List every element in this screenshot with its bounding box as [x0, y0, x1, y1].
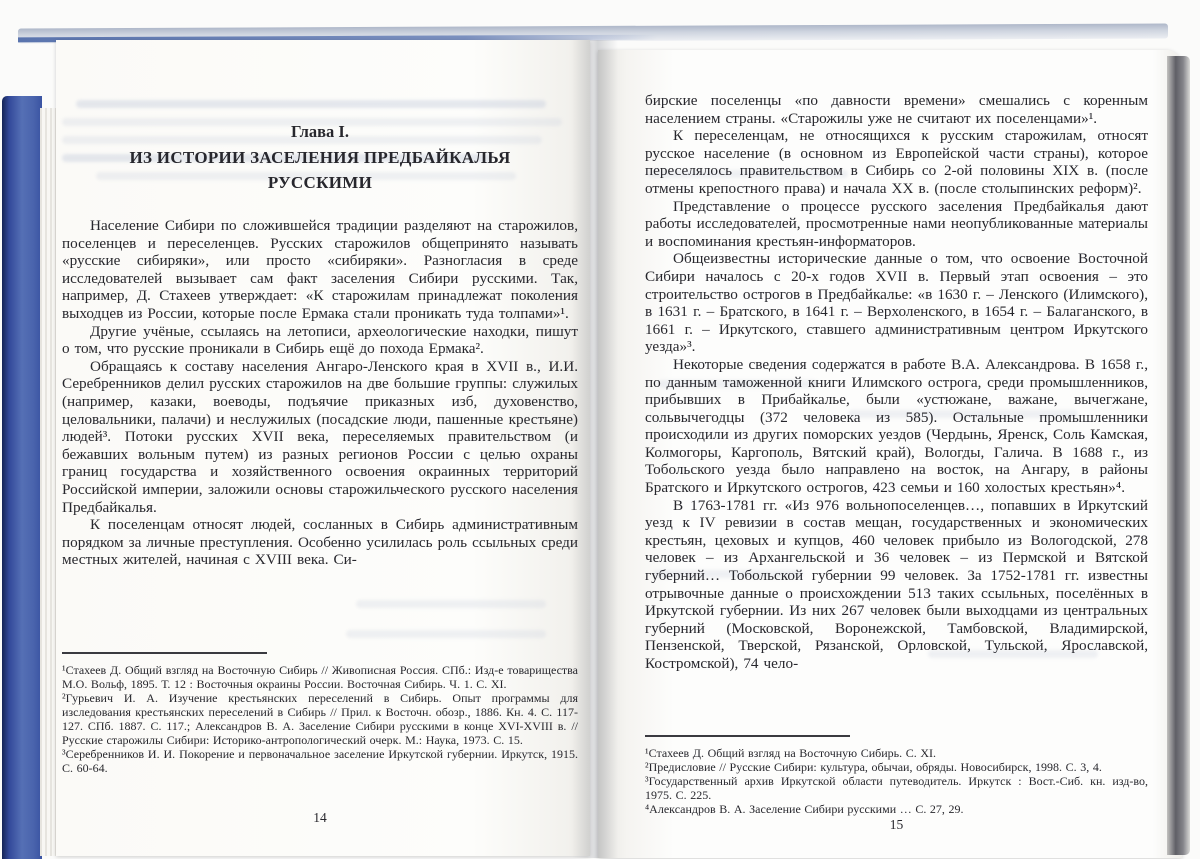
footnote: ²Предисловие // Русские Сибири: культура… [645, 760, 1148, 774]
footnote: ¹Стахеев Д. Общий взгляд на Восточную Си… [62, 663, 578, 691]
right-page-footnotes: ¹Стахеев Д. Общий взгляд на Восточную Си… [645, 735, 1148, 816]
footnote-rule [62, 652, 267, 654]
book-scan-photo: Глава I. ИЗ ИСТОРИИ ЗАСЕЛЕНИЯ ПРЕДБАЙКАЛ… [0, 0, 1200, 859]
footnote: ⁴Александров В. А. Заселение Сибири русс… [645, 802, 1148, 816]
footnote: ¹Стахеев Д. Общий взгляд на Восточную Си… [645, 746, 1148, 760]
body-paragraph: Обращаясь к составу населения Ангаро-Лен… [62, 358, 578, 516]
page-number: 14 [62, 810, 578, 826]
body-paragraph: К поселенцам относят людей, сосланных в … [62, 516, 578, 569]
footnote-rule [645, 735, 850, 737]
left-page: Глава I. ИЗ ИСТОРИИ ЗАСЕЛЕНИЯ ПРЕДБАЙКАЛ… [56, 40, 590, 856]
showthrough-artifact [76, 100, 546, 108]
body-paragraph: бирские поселенцы «по давности времени» … [645, 92, 1148, 127]
footnote: ³Государственный архив Иркутской области… [645, 774, 1148, 802]
right-page: бирские поселенцы «по давности времени» … [598, 50, 1182, 858]
chapter-title: ИЗ ИСТОРИИ ЗАСЕЛЕНИЯ ПРЕДБАЙКАЛЬЯ РУССКИ… [62, 145, 578, 195]
page-block-right-edge [1167, 56, 1190, 855]
body-paragraph: Представление о процессе русского заселе… [645, 198, 1148, 251]
body-paragraph: В 1763-1781 гг. «Из 976 вольнопоселенцев… [645, 497, 1148, 673]
body-paragraph: Некоторые сведения содержатся в работе В… [645, 356, 1148, 497]
body-paragraph: Общеизвестны исторические данные о том, … [645, 250, 1148, 356]
left-page-body: Население Сибири по сложившейся традиции… [62, 217, 578, 569]
left-page-footnotes: ¹Стахеев Д. Общий взгляд на Восточную Си… [62, 652, 578, 775]
showthrough-artifact [346, 630, 546, 638]
left-page-content: Глава I. ИЗ ИСТОРИИ ЗАСЕЛЕНИЯ ПРЕДБАЙКАЛ… [62, 122, 578, 569]
page-number: 15 [645, 817, 1148, 833]
body-paragraph: К переселенцам, не относящихся к русским… [645, 127, 1148, 197]
footnote: ³Серебренников И. И. Покорение и первона… [62, 747, 578, 775]
right-page-body: бирские поселенцы «по давности времени» … [645, 92, 1148, 673]
book-cover-left-edge [2, 96, 42, 859]
chapter-title-line2: РУССКИМИ [268, 173, 372, 192]
showthrough-artifact [356, 600, 546, 608]
body-paragraph: Население Сибири по сложившейся традиции… [62, 217, 578, 323]
footnote: ²Гурьевич И. А. Изучение крестьянских пе… [62, 691, 578, 747]
body-paragraph: Другие учёные, ссылаясь на летописи, арх… [62, 323, 578, 358]
chapter-label: Глава I. [62, 122, 578, 142]
chapter-title-line1: ИЗ ИСТОРИИ ЗАСЕЛЕНИЯ ПРЕДБАЙКАЛЬЯ [129, 148, 510, 167]
